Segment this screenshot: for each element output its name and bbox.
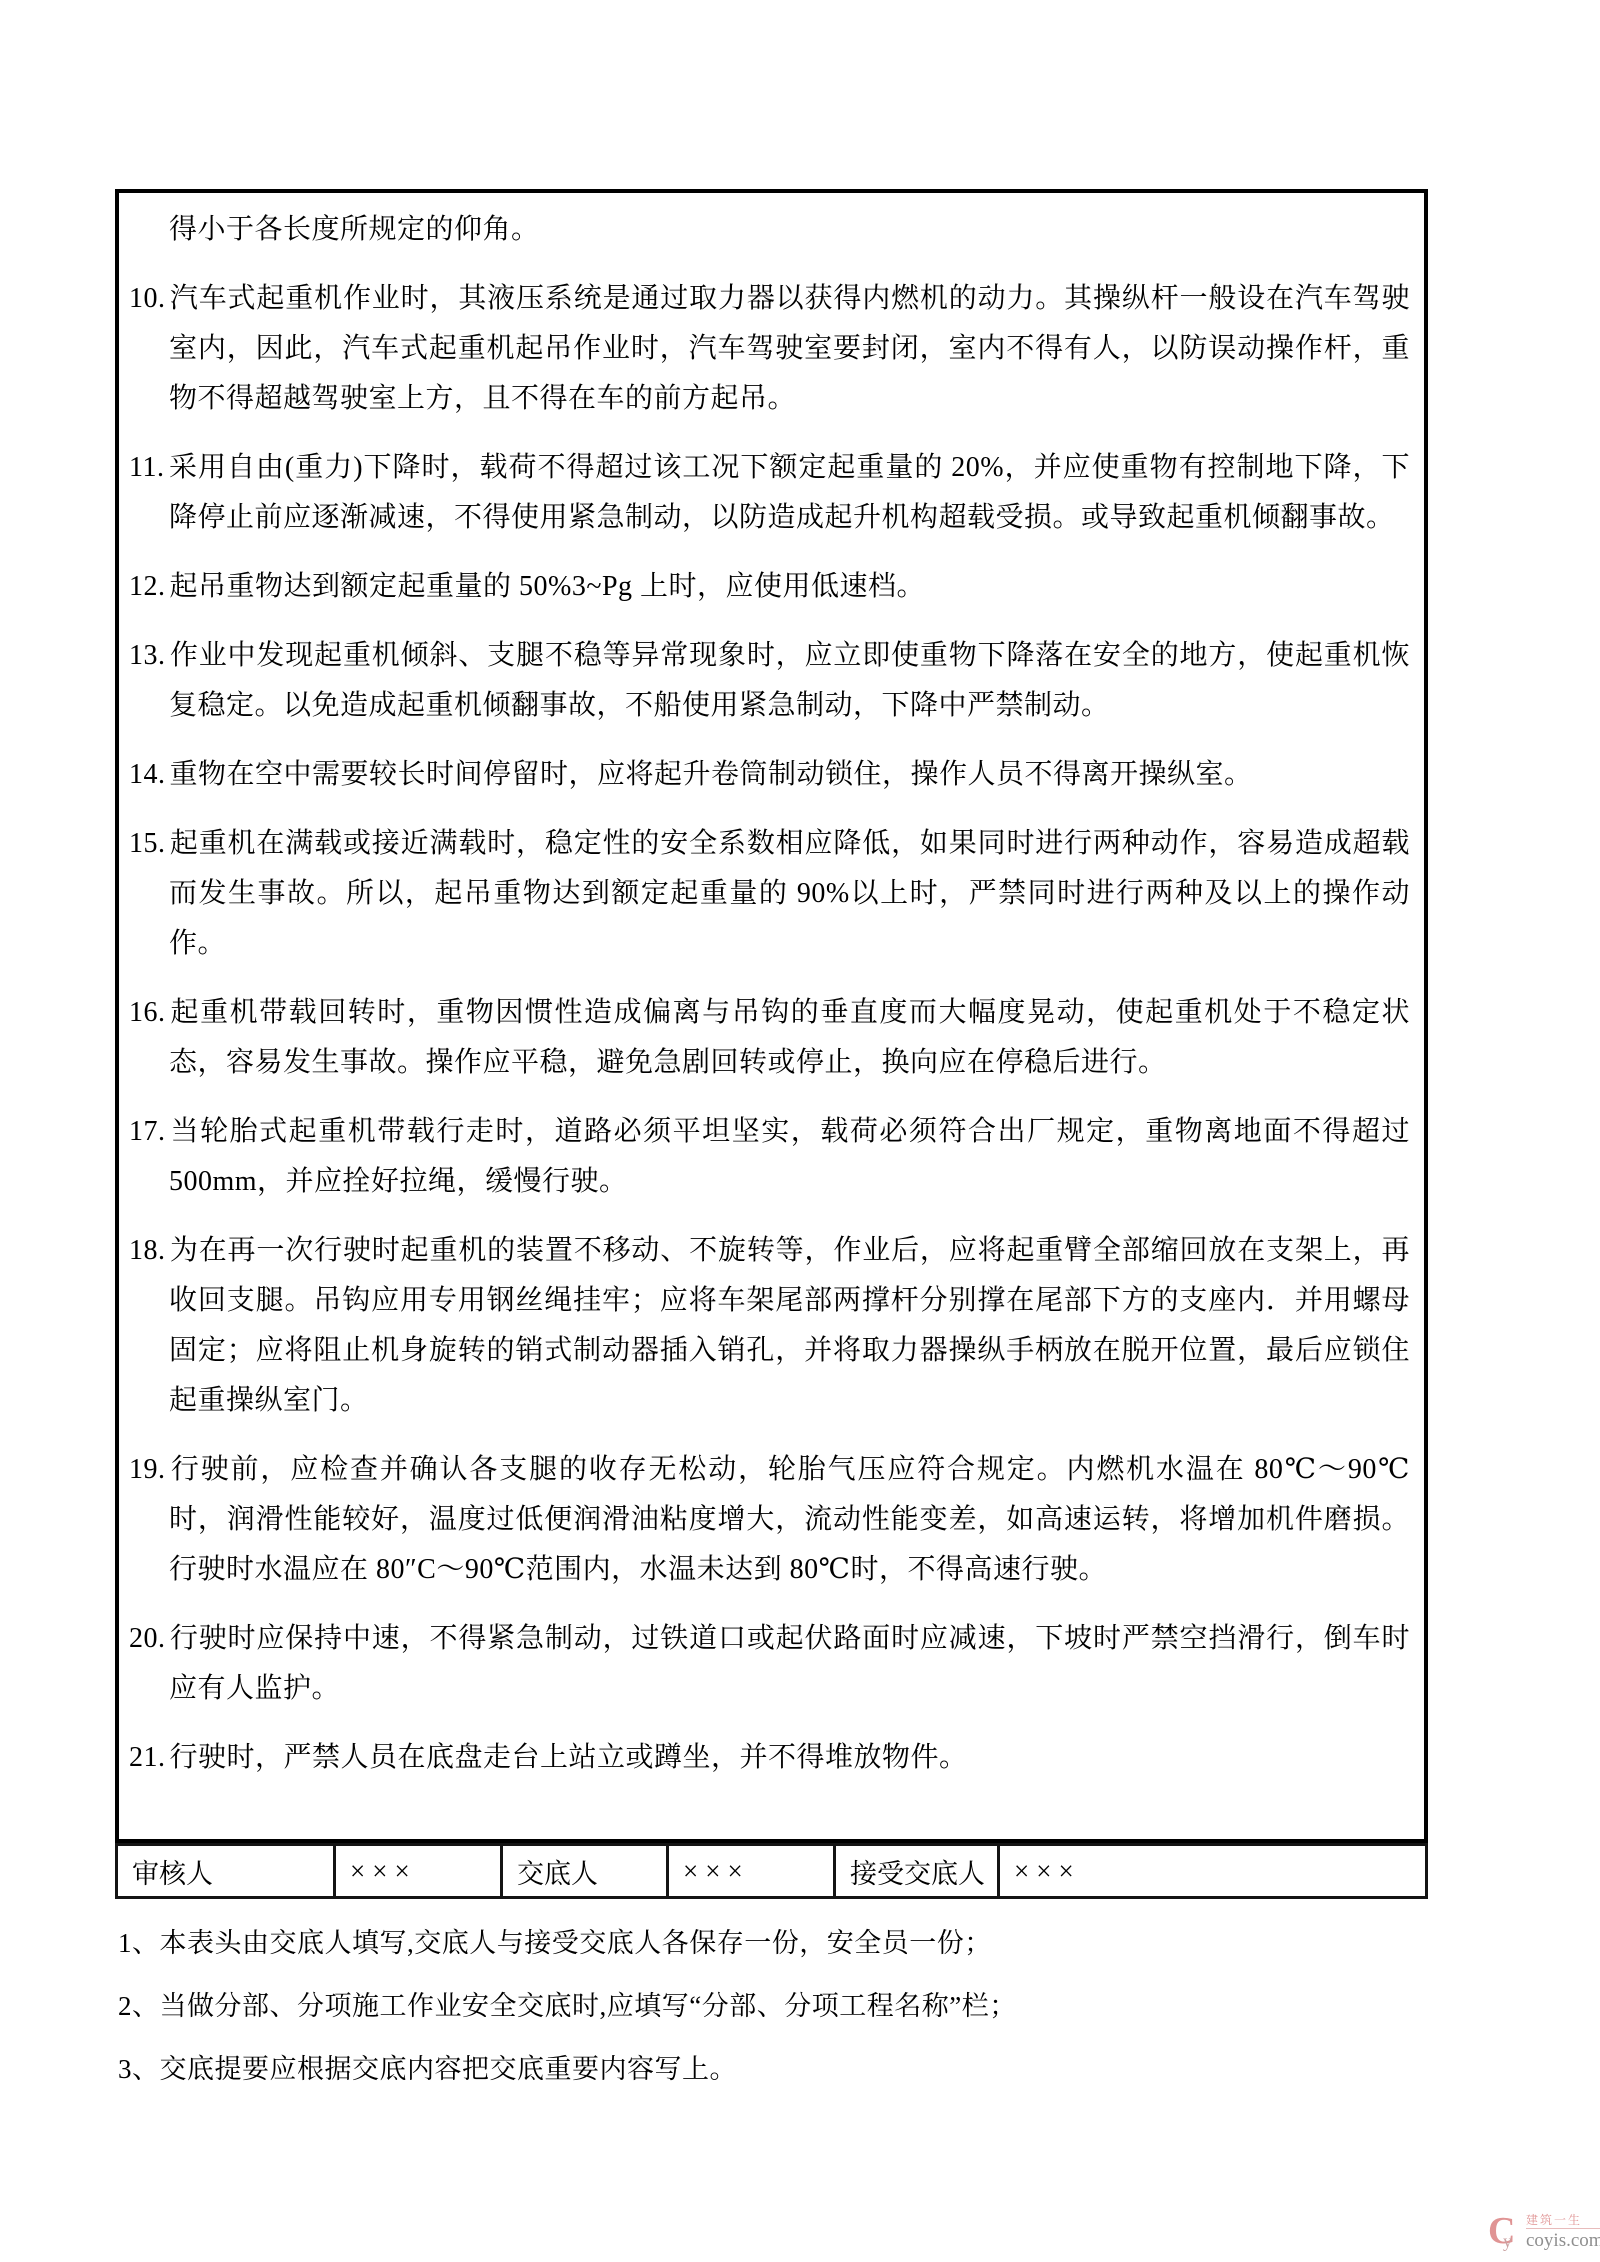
signoff-table: 审核人 ××× 交底人 ××× 接受交底人 ×××	[115, 1843, 1428, 1899]
receiver-label: 接受交底人	[836, 1846, 1000, 1896]
rule-item: 20.行驶时应保持中速，不得紧急制动，过铁道口或起伏路面时应减速，下坡时严禁空挡…	[129, 1614, 1410, 1714]
rule-text: 为在再一次行驶时起重机的装置不移动、不旋转等，作业后，应将起重臂全部缩回放在支架…	[169, 1235, 1410, 1416]
rule-item: 17.当轮胎式起重机带载行走时，道路必须平坦坚实，载荷必须符合出厂规定，重物离地…	[129, 1107, 1410, 1207]
footnote-line: 3、交底提要应根据交底内容把交底重要内容写上。	[118, 2038, 1448, 2101]
watermark-brand: 建筑一生	[1526, 2213, 1600, 2229]
rule-item: 11.采用自由(重力)下降时，载荷不得超过该工况下额定起重量的 20%，并应使重…	[129, 443, 1410, 543]
logo-letter-y: y	[1503, 2232, 1512, 2250]
rule-text: 起重机在满载或接近满载时，稳定性的安全系数相应降低，如果同时进行两种动作，容易造…	[169, 828, 1410, 959]
rule-number: 10.	[129, 283, 170, 314]
reviewer-value: ×××	[336, 1846, 503, 1896]
rule-item: 18.为在再一次行驶时起重机的装置不移动、不旋转等，作业后，应将起重臂全部缩回放…	[129, 1226, 1410, 1426]
rule-number: 11.	[129, 452, 168, 483]
coyis-logo-icon: C y	[1488, 2212, 1522, 2254]
rule-text: 作业中发现起重机倾斜、支腿不稳等异常现象时，应立即使重物下降落在安全的地方，使起…	[169, 640, 1410, 721]
rule-text: 起吊重物达到额定起重量的 50%3~Pg 上时，应使用低速档。	[170, 571, 926, 602]
rule-text: 起重机带载回转时，重物因惯性造成偏离与吊钩的垂直度而大幅度晃动，使起重机处于不稳…	[169, 997, 1410, 1078]
watermark-text: 建筑一生 coyis.com	[1526, 2213, 1600, 2253]
rules-list: 10.汽车式起重机作业时，其液压系统是通过取力器以获得内燃机的动力。其操纵杆一般…	[129, 274, 1410, 1783]
rule-text: 行驶时，严禁人员在底盘走台上站立或蹲坐，并不得堆放物件。	[170, 1742, 968, 1773]
rule-number: 12.	[129, 571, 170, 602]
rule-number: 21.	[129, 1742, 170, 1773]
rule-item: 12.起吊重物达到额定起重量的 50%3~Pg 上时，应使用低速档。	[129, 562, 1410, 612]
reviewer-label: 审核人	[118, 1846, 336, 1896]
continuation-line: 得小于各长度所规定的仰角。	[129, 205, 1410, 255]
discloser-value: ×××	[669, 1846, 836, 1896]
rule-text: 重物在空中需要较长时间停留时，应将起升卷筒制动锁住，操作人员不得离开操纵室。	[170, 759, 1253, 790]
footnote-line: 2、当做分部、分项施工作业安全交底时,应填写“分部、分项工程名称”栏；	[118, 1975, 1448, 2038]
rule-text: 行驶时应保持中速，不得紧急制动，过铁道口或起伏路面时应减速，下坡时严禁空挡滑行，…	[169, 1623, 1410, 1704]
receiver-value: ×××	[1000, 1846, 1425, 1896]
rule-item: 13.作业中发现起重机倾斜、支腿不稳等异常现象时，应立即使重物下降落在安全的地方…	[129, 631, 1410, 731]
rule-number: 19.	[129, 1454, 170, 1485]
footnote-line: 1、本表头由交底人填写,交底人与接受交底人各保存一份，安全员一份；	[118, 1912, 1448, 1975]
rule-number: 14.	[129, 759, 170, 790]
rule-number: 13.	[129, 640, 170, 671]
rule-item: 16.起重机带载回转时，重物因惯性造成偏离与吊钩的垂直度而大幅度晃动，使起重机处…	[129, 988, 1410, 1088]
rule-item: 15.起重机在满载或接近满载时，稳定性的安全系数相应降低，如果同时进行两种动作，…	[129, 819, 1410, 969]
rule-item: 19.行驶前，应检查并确认各支腿的收存无松动，轮胎气压应符合规定。内燃机水温在 …	[129, 1445, 1410, 1595]
discloser-label: 交底人	[503, 1846, 669, 1896]
rule-number: 15.	[129, 828, 170, 859]
rule-text: 当轮胎式起重机带载行走时，道路必须平坦坚实，载荷必须符合出厂规定，重物离地面不得…	[169, 1116, 1410, 1197]
footnotes: 1、本表头由交底人填写,交底人与接受交底人各保存一份，安全员一份； 2、当做分部…	[118, 1912, 1448, 2101]
rule-number: 17.	[129, 1116, 170, 1147]
rule-number: 18.	[129, 1235, 170, 1266]
watermark-site: coyis.com	[1526, 2229, 1600, 2253]
rule-item: 10.汽车式起重机作业时，其液压系统是通过取力器以获得内燃机的动力。其操纵杆一般…	[129, 274, 1410, 424]
rule-text: 汽车式起重机作业时，其液压系统是通过取力器以获得内燃机的动力。其操纵杆一般设在汽…	[169, 283, 1410, 414]
rule-item: 14.重物在空中需要较长时间停留时，应将起升卷筒制动锁住，操作人员不得离开操纵室…	[129, 750, 1410, 800]
rule-text: 行驶前，应检查并确认各支腿的收存无松动，轮胎气压应符合规定。内燃机水温在 80℃…	[169, 1454, 1410, 1585]
rule-number: 20.	[129, 1623, 170, 1654]
rule-item: 21.行驶时，严禁人员在底盘走台上站立或蹲坐，并不得堆放物件。	[129, 1733, 1410, 1783]
content-box: 得小于各长度所规定的仰角。 10.汽车式起重机作业时，其液压系统是通过取力器以获…	[115, 189, 1428, 1843]
rule-text: 采用自由(重力)下降时，载荷不得超过该工况下额定起重量的 20%，并应使重物有控…	[168, 452, 1410, 533]
watermark: C y 建筑一生 coyis.com	[1488, 2212, 1600, 2254]
rule-number: 16.	[129, 997, 170, 1028]
